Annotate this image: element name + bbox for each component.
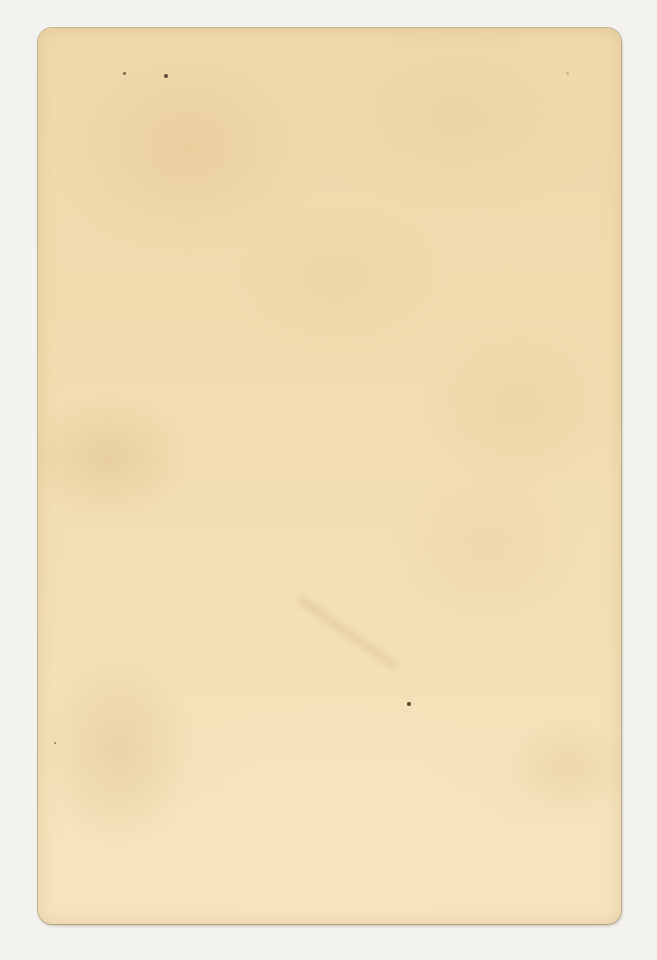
diagonal-stain (296, 594, 400, 671)
blank-card (38, 28, 621, 924)
foxing-spot (54, 742, 56, 744)
foxing-spot (123, 72, 126, 75)
card-edge-shading (38, 28, 621, 924)
foxing-spot (164, 74, 168, 78)
foxing-spot (407, 702, 411, 706)
foxing-spot (566, 72, 569, 75)
